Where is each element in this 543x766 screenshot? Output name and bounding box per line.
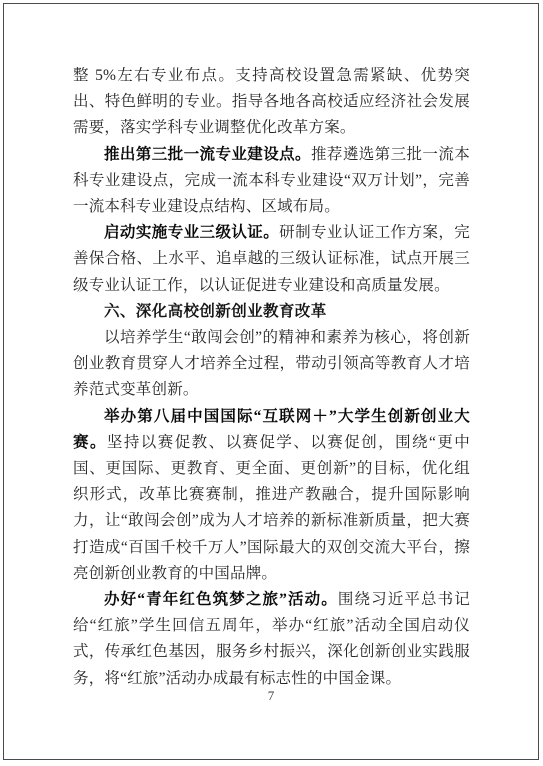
page-content: 整 5%左右专业布点。支持高校设置急需紧缺、优势突出、特色鲜明的专业。指导各地各…: [73, 63, 470, 692]
page-number: 7: [4, 688, 538, 704]
paragraph-continuation: 整 5%左右专业布点。支持高校设置急需紧缺、优势突出、特色鲜明的专业。指导各地各…: [73, 63, 470, 142]
document-page: 整 5%左右专业布点。支持高校设置急需紧缺、优势突出、特色鲜明的专业。指导各地各…: [3, 3, 539, 760]
section-heading: 六、深化高校创新创业教育改革: [73, 299, 470, 325]
paragraph: 举办第八届中国国际“互联网＋”大学生创新创业大赛。坚持以赛促教、以赛促学、以赛促…: [73, 404, 470, 587]
paragraph-text: 坚持以赛促教、以赛促学、以赛促创，围绕“更中国、更国际、更教育、更全面、更创新”…: [73, 434, 470, 582]
paragraph-lead: 启动实施专业三级认证。: [104, 224, 279, 241]
paragraph: 推出第三批一流专业建设点。推荐遴选第三批一流本科专业建设点，完成一流本科专业建设…: [73, 142, 470, 221]
paragraph: 以培养学生“敢闯会创”的精神和素养为核心，将创新创业教育贯穿人才培养全过程，带动…: [73, 325, 470, 404]
paragraph-lead: 办好“青年红色筑梦之旅”活动。: [104, 591, 338, 608]
paragraph-lead: 推出第三批一流专业建设点。: [104, 146, 311, 163]
paragraph-text: 整 5%左右专业布点。支持高校设置急需紧缺、优势突出、特色鲜明的专业。指导各地各…: [73, 67, 470, 136]
paragraph-text: 以培养学生“敢闯会创”的精神和素养为核心，将创新创业教育贯穿人才培养全过程，带动…: [73, 329, 470, 398]
paragraph: 启动实施专业三级认证。研制专业认证工作方案，完善保合格、上水平、追卓越的三级认证…: [73, 220, 470, 299]
paragraph: 办好“青年红色筑梦之旅”活动。围绕习近平总书记给“红旅”学生回信五周年，举办“红…: [73, 587, 470, 692]
